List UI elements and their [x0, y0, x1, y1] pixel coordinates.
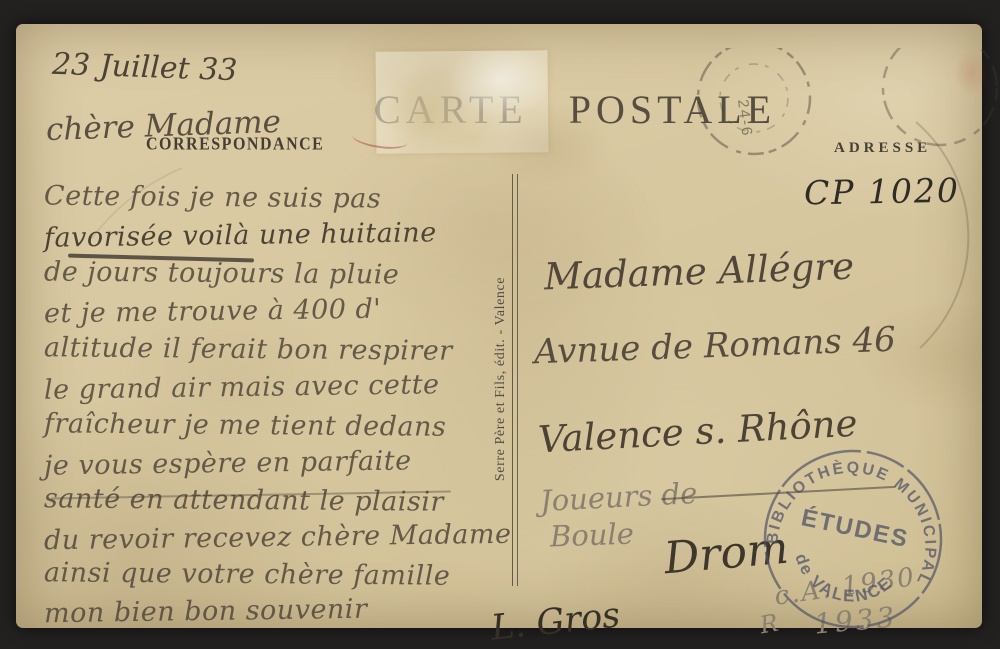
- message-line: favorisée voilà une huitaine: [44, 217, 437, 253]
- message-line: Cette fois je ne suis pas: [44, 181, 381, 215]
- center-divider: [512, 174, 518, 586]
- svg-text:de VALENCE: de VALENCE: [784, 548, 900, 615]
- library-stamp-icon: BIBLIOTHÈQUE MUNICIPALE ÉTUDES de VALENC…: [740, 426, 965, 649]
- message-line: fraîcheur je me tient dedans: [44, 408, 447, 443]
- message-line: ainsi que votre chère famille: [44, 557, 451, 592]
- message-line: mon bien bon souvenir: [44, 594, 368, 630]
- address-line-name: Madame Allégre: [543, 245, 854, 299]
- signature: L. Gros: [489, 595, 622, 648]
- message-line: je vous espère en parfaite: [44, 445, 412, 481]
- message-line: santé en attendant le plaisir: [44, 483, 444, 517]
- message-line: altitude il ferait bon respirer: [44, 332, 453, 367]
- reference-number: CP 1020: [804, 171, 961, 213]
- message-line: le grand air mais avec cette: [44, 369, 440, 406]
- handwritten-date: 23 Juillet 33: [51, 47, 237, 88]
- red-scuff-mark: [954, 50, 988, 96]
- message-line: du revoir recevez chère Madame: [44, 519, 512, 557]
- address-line-street: Avnue de Romans 46: [533, 320, 896, 373]
- library-stamp-arc-bottom: de VALENCE: [784, 548, 900, 615]
- address-label: ADRESSE: [834, 140, 931, 157]
- scan-backdrop: CARTE POSTALE CORRESPONDANCE ADRESSE Ser…: [0, 0, 1000, 649]
- postcard: CARTE POSTALE CORRESPONDANCE ADRESSE Ser…: [16, 24, 982, 628]
- message-line: et je me trouve à 400 d': [44, 294, 382, 330]
- pencil-subject-line2: Boule: [549, 517, 634, 554]
- library-stamp-center: ÉTUDES: [799, 503, 912, 553]
